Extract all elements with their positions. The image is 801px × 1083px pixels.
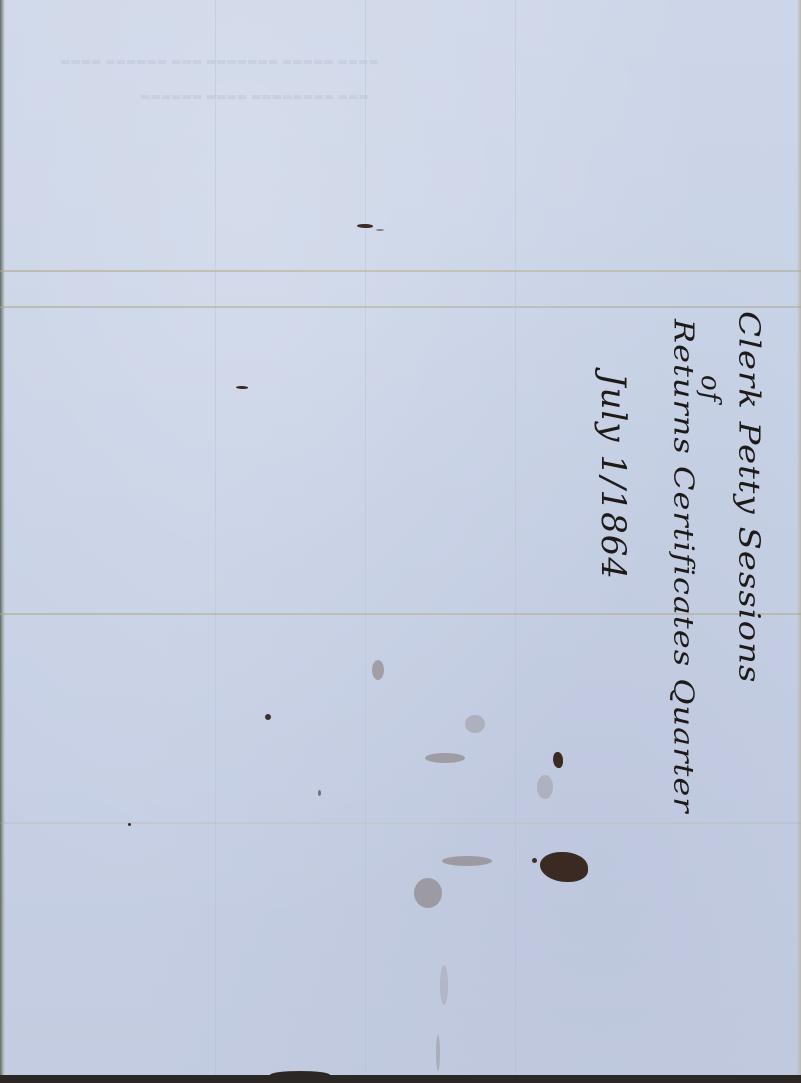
docket-line-returns: Returns Certificates Quarter [668,319,700,814]
ink-smudge [436,1035,440,1071]
docket-line-date: July 1/1864 [593,373,633,580]
fold-line-vertical [515,0,516,1075]
ink-smudge [465,715,485,733]
ink-smudge [537,775,553,799]
ink-speck [265,714,271,720]
ink-smudge [414,878,442,908]
fold-line-vertical [365,0,366,1075]
show-through-text: ▬▬▬▬▬▬ ▬▬▬▬ ▬▬▬▬▬▬▬▬ ▬▬▬ [140,90,369,103]
fold-line-horizontal [0,270,801,272]
scan-bottom-edge-bump [270,1071,330,1079]
scan-bottom-edge [0,1075,801,1083]
fold-line-horizontal [0,822,801,824]
ink-smudge [425,753,465,763]
ink-speck [128,823,131,826]
ink-mark [376,229,384,231]
ink-smudge [440,965,448,1005]
ink-blot [540,852,588,882]
show-through-text: ▬▬▬▬ ▬▬▬▬▬▬ ▬▬▬ ▬▬▬▬▬▬▬ ▬▬▬▬▬ ▬▬▬▬ [60,55,379,68]
ink-mark [357,224,373,228]
docket-line-clerk: Clerk Petty Sessions [732,311,766,683]
ink-mark [236,386,248,389]
paper-right-edge [797,0,801,1075]
ink-mark [553,752,563,768]
fold-line-vertical [215,0,216,1075]
docket-annotation: Clerk Petty Sessions of Returns Certific… [553,305,783,605]
ink-speck [318,790,321,796]
ink-smudge [372,660,384,680]
ink-smudge [442,856,492,866]
paper-left-edge [0,0,5,1075]
ink-speck [532,858,537,863]
paper-sheet: ▬▬▬▬ ▬▬▬▬▬▬ ▬▬▬ ▬▬▬▬▬▬▬ ▬▬▬▬▬ ▬▬▬▬ ▬▬▬▬▬… [0,0,801,1075]
